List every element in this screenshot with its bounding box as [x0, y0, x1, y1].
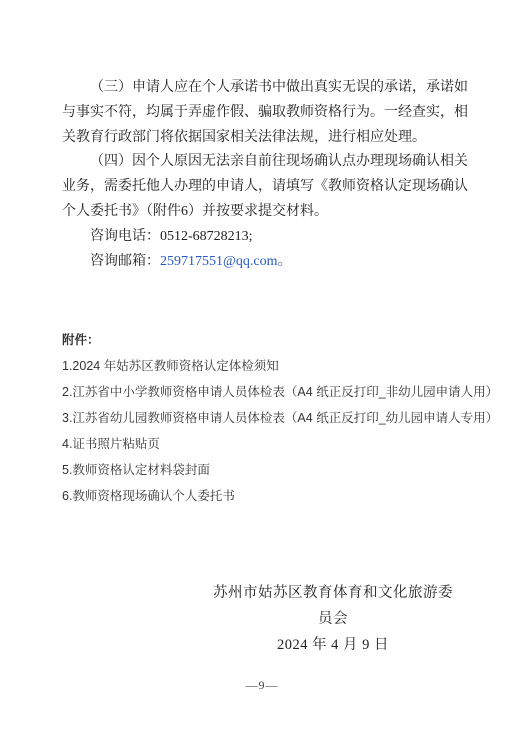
signature-organization: 苏州市姑苏区教育体育和文化旅游委员会: [206, 580, 460, 632]
attachments-section: 附件： 1.2024 年姑苏区教师资格认定体检须知 2.江苏省中小学教师资格申请…: [62, 327, 474, 509]
attachment-item-1: 1.2024 年姑苏区教师资格认定体检须知: [62, 353, 474, 379]
attachment-item-5: 5.教师资格认定材料袋封面: [62, 457, 474, 483]
attachment-item-2: 2.江苏省中小学教师资格申请人员体检表（A4 纸正反打印_非幼儿园申请人用）: [62, 379, 474, 405]
document-page: （三）申请人应在个人承诺书中做出真实无误的承诺，承诺如与事实不符，均属于弄虚作假…: [0, 0, 530, 750]
body-text-block: （三）申请人应在个人承诺书中做出真实无误的承诺，承诺如与事实不符，均属于弄虚作假…: [62, 76, 468, 274]
email-address-link[interactable]: 259717551@qq.com。: [160, 254, 292, 269]
contact-email-line: 咨询邮箱：259717551@qq.com。: [62, 250, 468, 275]
phone-label: 咨询电话：: [90, 229, 160, 244]
email-label: 咨询邮箱：: [90, 254, 160, 269]
attachments-title: 附件：: [62, 327, 474, 353]
signature-block: 苏州市姑苏区教育体育和文化旅游委员会 2024 年 4 月 9 日: [206, 580, 460, 658]
paragraph-3: （三）申请人应在个人承诺书中做出真实无误的承诺，承诺如与事实不符，均属于弄虚作假…: [62, 76, 468, 150]
attachment-item-3: 3.江苏省幼儿园教师资格申请人员体检表（A4 纸正反打印_幼儿园申请人专用）: [62, 405, 474, 431]
phone-number: 0512-68728213;: [160, 229, 253, 244]
attachment-item-4: 4.证书照片粘贴页: [62, 431, 474, 457]
paragraph-4: （四）因个人原因无法亲自前往现场确认点办理现场确认相关业务，需委托他人办理的申请…: [62, 150, 468, 224]
page-number: —9—: [0, 678, 524, 693]
attachment-item-6: 6.教师资格现场确认个人委托书: [62, 483, 474, 509]
signature-date: 2024 年 4 月 9 日: [206, 632, 460, 658]
contact-phone-line: 咨询电话：0512-68728213;: [62, 225, 468, 250]
